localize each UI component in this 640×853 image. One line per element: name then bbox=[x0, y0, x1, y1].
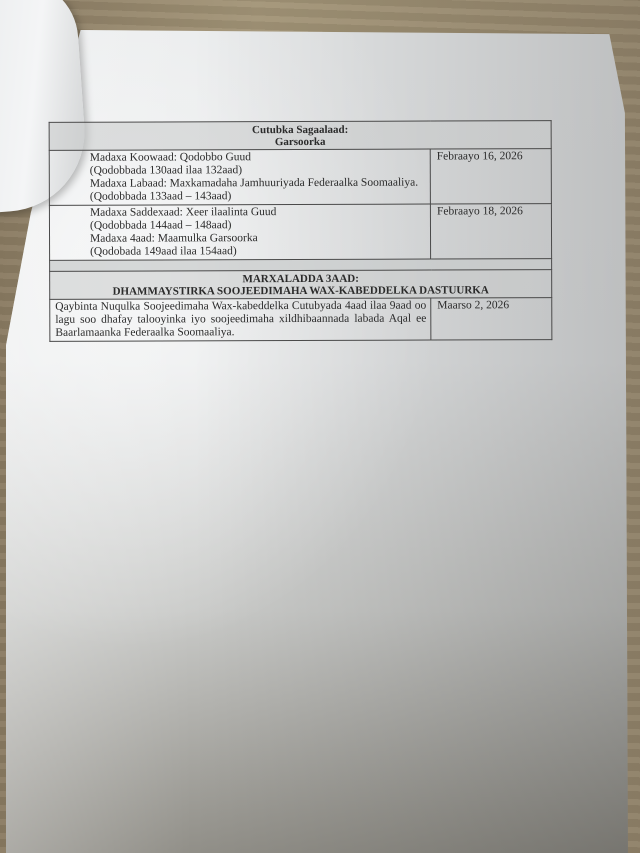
table-row: Madaxa Koowaad: Qodobbo Guud (Qodobbada … bbox=[49, 149, 551, 206]
chapter-subtitle: Garsoorka bbox=[54, 135, 547, 149]
row-text-line: Madaxa Labaad: Maxkamadaha Jamhuuriyada … bbox=[90, 177, 426, 191]
table-row: Qaybinta Nuqulka Soojeedimaha Wax-kabedd… bbox=[50, 298, 552, 342]
chapter-heading: Cutubka Sagaalaad: Garsoorka bbox=[49, 121, 551, 151]
row-text-line: Madaxa Koowaad: Qodobbo Guud bbox=[90, 151, 426, 165]
row-text-line: (Qodobbada 133aad – 143aad) bbox=[90, 190, 426, 204]
phase-subtitle: DHAMMAYSTIRKA SOOJEEDIMAHA WAX-KABEDDELK… bbox=[54, 284, 547, 298]
phase-heading-row: MARXALADDA 3AAD: DHAMMAYSTIRKA SOOJEEDIM… bbox=[50, 270, 552, 300]
date-cell: Febraayo 16, 2026 bbox=[430, 149, 551, 204]
row-text-line: (Qodobbada 130aad ilaa 132aad) bbox=[90, 164, 426, 178]
row-text-line: (Qodobbada 144aad – 148aad) bbox=[90, 219, 426, 233]
row-text-line: Madaxa Saddexaad: Xeer ilaalinta Guud bbox=[90, 206, 426, 220]
content-cell: Madaxa Koowaad: Qodobbo Guud (Qodobbada … bbox=[49, 149, 430, 205]
table-row: Madaxa Saddexaad: Xeer ilaalinta Guud (Q… bbox=[49, 204, 551, 261]
schedule-table: Cutubka Sagaalaad: Garsoorka Madaxa Koow… bbox=[49, 120, 553, 342]
phase-heading: MARXALADDA 3AAD: DHAMMAYSTIRKA SOOJEEDIM… bbox=[50, 270, 552, 300]
date-cell: Febraayo 18, 2026 bbox=[430, 204, 551, 259]
content-cell: Qaybinta Nuqulka Soojeedimaha Wax-kabedd… bbox=[50, 298, 431, 341]
date-cell: Maarso 2, 2026 bbox=[431, 298, 552, 340]
chapter-heading-row: Cutubka Sagaalaad: Garsoorka bbox=[49, 121, 551, 151]
row-text-line: Madaxa 4aad: Maamulka Garsoorka bbox=[90, 232, 426, 246]
row-text-line: (Qodobada 149aad ilaa 154aad) bbox=[90, 245, 426, 259]
content-cell: Madaxa Saddexaad: Xeer ilaalinta Guud (Q… bbox=[49, 204, 430, 260]
